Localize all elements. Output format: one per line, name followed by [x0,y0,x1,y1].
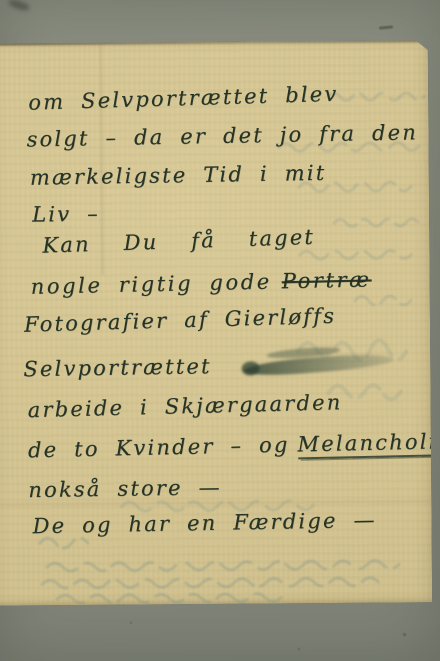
background-mark [379,25,393,29]
letter-photograph: om Selvportrættet blev solgt – da er det… [0,0,440,661]
background-speck [130,622,132,624]
underlined-word: Melancholi [297,429,440,459]
struck-out-word: Portræ [281,267,371,293]
handwriting-line: Liv – [32,202,100,227]
background-speck [298,648,300,650]
paper-sheet: om Selvportrættet blev solgt – da er det… [0,40,432,605]
background-speck [403,633,406,636]
handwriting-line: Selvportrættet [23,354,212,381]
handwriting-line: nokså store — [28,475,222,502]
background-smudge [7,0,30,12]
handwriting-line: mærkeligste Tid i mit [30,161,327,190]
